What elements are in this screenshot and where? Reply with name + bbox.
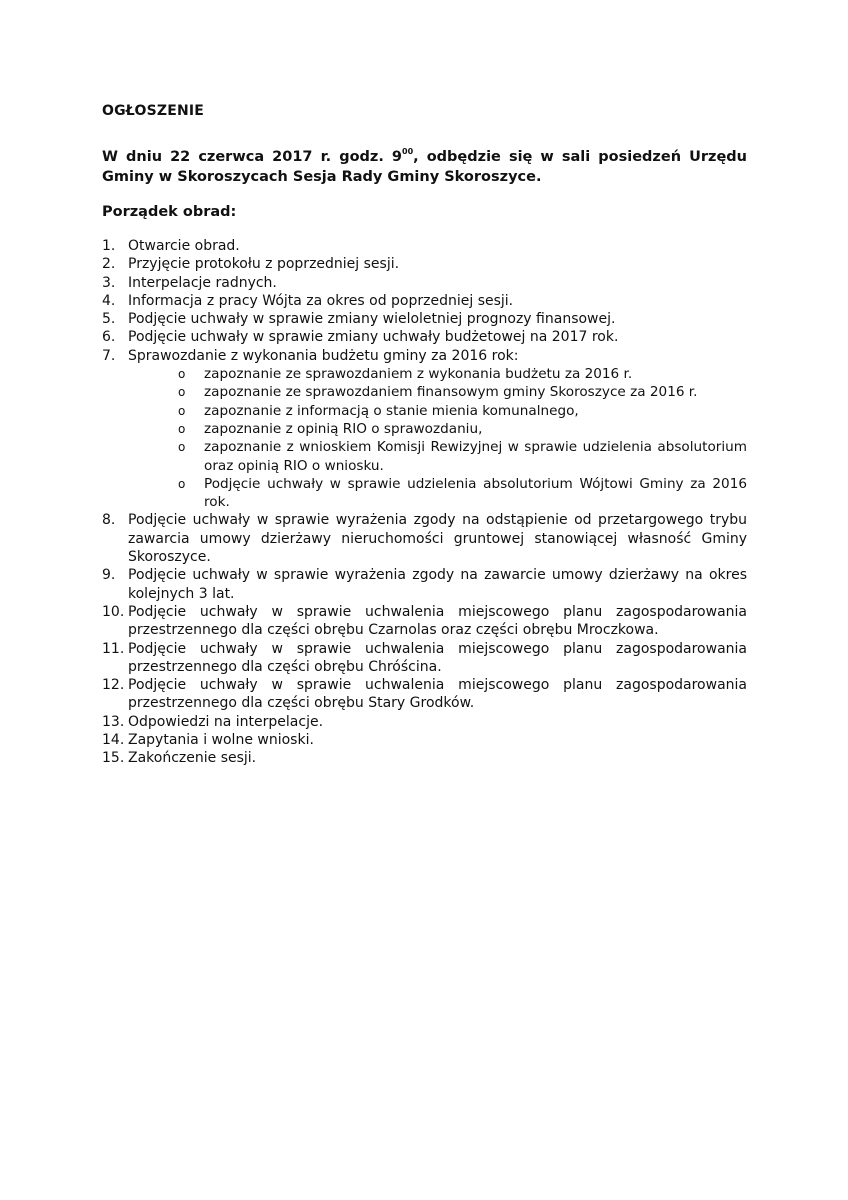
agenda-item-text: Podjęcie uchwały w sprawie uchwalenia mi… bbox=[128, 641, 747, 675]
agenda-item-text: Otwarcie obrad. bbox=[128, 238, 240, 254]
agenda-item: 6.Podjęcie uchwały w sprawie zmiany uchw… bbox=[102, 328, 747, 346]
agenda-item-number: 1. bbox=[102, 237, 115, 255]
agenda-item-text: Informacja z pracy Wójta za okres od pop… bbox=[128, 293, 513, 309]
agenda-item: 7.Sprawozdanie z wykonania budżetu gminy… bbox=[102, 347, 747, 365]
agenda-item-number: 3. bbox=[102, 274, 115, 292]
agenda-subitem-text: Podjęcie uchwały w sprawie udzielenia ab… bbox=[204, 476, 747, 510]
agenda-subitem: ozapoznanie z opinią RIO o sprawozdaniu, bbox=[176, 420, 747, 438]
agenda-item-number: 6. bbox=[102, 328, 115, 346]
agenda-item-number: 11. bbox=[102, 640, 124, 658]
agenda-item-text: Podjęcie uchwały w sprawie zmiany wielol… bbox=[128, 311, 615, 327]
agenda-subitem: oPodjęcie uchwały w sprawie udzielenia a… bbox=[176, 475, 747, 512]
agenda-item: 2.Przyjęcie protokołu z poprzedniej sesj… bbox=[102, 255, 747, 273]
agenda-item-text: Podjęcie uchwały w sprawie uchwalenia mi… bbox=[128, 677, 747, 711]
agenda-subitem-text: zapoznanie z informacją o stanie mienia … bbox=[204, 403, 579, 419]
agenda-item-text: Przyjęcie protokołu z poprzedniej sesji. bbox=[128, 256, 399, 272]
circle-bullet-icon: o bbox=[178, 438, 185, 456]
agenda-list: 1.Otwarcie obrad.2.Przyjęcie protokołu z… bbox=[102, 237, 747, 768]
circle-bullet-icon: o bbox=[178, 383, 185, 401]
agenda-item: 15. Zakończenie sesji. bbox=[102, 749, 747, 767]
agenda-subitem: ozapoznanie z informacją o stanie mienia… bbox=[176, 402, 747, 420]
agenda-item-number: 14. bbox=[102, 731, 124, 749]
agenda-item-number: 12. bbox=[102, 676, 124, 694]
agenda-item: 11.Podjęcie uchwały w sprawie uchwalenia… bbox=[102, 640, 747, 677]
circle-bullet-icon: o bbox=[178, 420, 185, 438]
agenda-item: 3.Interpelacje radnych. bbox=[102, 274, 747, 292]
agenda-item-number: 15. bbox=[102, 749, 124, 767]
intro-text-start: W dniu 22 czerwca 2017 r. godz. 9 bbox=[102, 149, 402, 165]
announcement-paragraph: W dniu 22 czerwca 2017 r. godz. 900, odb… bbox=[102, 142, 747, 187]
agenda-sublist: ozapoznanie ze sprawozdaniem z wykonania… bbox=[102, 365, 747, 511]
agenda-item-text: Zapytania i wolne wnioski. bbox=[128, 732, 314, 748]
document-title: OGŁOSZENIE bbox=[102, 103, 204, 119]
agenda-subitem-text: zapoznanie ze sprawozdaniem finansowym g… bbox=[204, 384, 697, 400]
agenda-item: 12.Podjęcie uchwały w sprawie uchwalenia… bbox=[102, 676, 747, 713]
agenda-item-text: Interpelacje radnych. bbox=[128, 275, 277, 291]
agenda-item-number: 8. bbox=[102, 511, 115, 529]
circle-bullet-icon: o bbox=[178, 475, 185, 493]
agenda-item: 5.Podjęcie uchwały w sprawie zmiany wiel… bbox=[102, 310, 747, 328]
agenda-item-text: Sprawozdanie z wykonania budżetu gminy z… bbox=[128, 348, 518, 364]
agenda-item-number: 10. bbox=[102, 603, 124, 621]
agenda-item: 8.Podjęcie uchwały w sprawie wyrażenia z… bbox=[102, 511, 747, 566]
agenda-item: 10.Podjęcie uchwały w sprawie uchwalenia… bbox=[102, 603, 747, 640]
agenda-subitem: ozapoznanie ze sprawozdaniem finansowym … bbox=[176, 383, 747, 401]
agenda-subitem: ozapoznanie z wnioskiem Komisji Rewizyjn… bbox=[176, 438, 747, 475]
agenda-subitem-text: zapoznanie z wnioskiem Komisji Rewizyjne… bbox=[204, 439, 747, 473]
agenda-item-text: Podjęcie uchwały w sprawie zmiany uchwał… bbox=[128, 329, 618, 345]
agenda-item-number: 7. bbox=[102, 347, 115, 365]
agenda-subitem: ozapoznanie ze sprawozdaniem z wykonania… bbox=[176, 365, 747, 383]
agenda-item: 9.Podjęcie uchwały w sprawie wyrażenia z… bbox=[102, 566, 747, 603]
agenda-subitem-text: zapoznanie ze sprawozdaniem z wykonania … bbox=[204, 366, 632, 382]
agenda-item-text: Podjęcie uchwały w sprawie wyrażenia zgo… bbox=[128, 567, 747, 601]
circle-bullet-icon: o bbox=[178, 402, 185, 420]
time-superscript: 00 bbox=[402, 147, 413, 156]
agenda-item-text: Odpowiedzi na interpelacje. bbox=[128, 714, 323, 730]
agenda-item-text: Podjęcie uchwały w sprawie uchwalenia mi… bbox=[128, 604, 747, 638]
agenda-item: 14. Zapytania i wolne wnioski. bbox=[102, 731, 747, 749]
agenda-item-number: 9. bbox=[102, 566, 115, 584]
agenda-item-number: 4. bbox=[102, 292, 115, 310]
circle-bullet-icon: o bbox=[178, 365, 185, 383]
agenda-item: 1.Otwarcie obrad. bbox=[102, 237, 747, 255]
agenda-item-number: 5. bbox=[102, 310, 115, 328]
agenda-subitem-text: zapoznanie z opinią RIO o sprawozdaniu, bbox=[204, 421, 482, 437]
agenda-item-number: 2. bbox=[102, 255, 115, 273]
agenda-item-text: Podjęcie uchwały w sprawie wyrażenia zgo… bbox=[128, 512, 747, 565]
agenda-item-text: Zakończenie sesji. bbox=[128, 750, 256, 766]
agenda-heading: Porządek obrad: bbox=[102, 204, 236, 220]
agenda-item-number: 13. bbox=[102, 713, 124, 731]
agenda-item: 13.Odpowiedzi na interpelacje. bbox=[102, 713, 747, 731]
agenda-item: 4.Informacja z pracy Wójta za okres od p… bbox=[102, 292, 747, 310]
